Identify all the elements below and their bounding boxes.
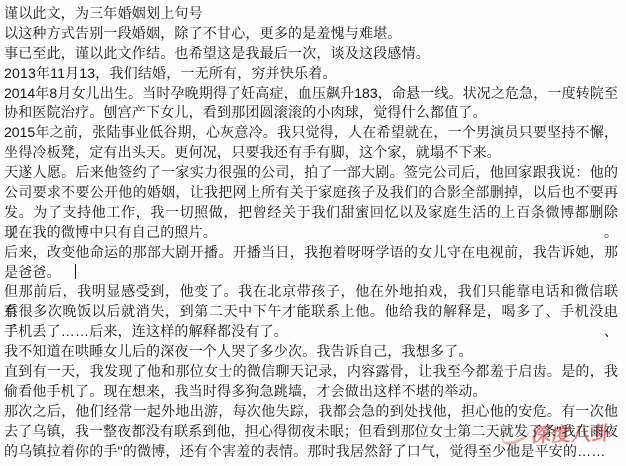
text-line: 坐得冷板凳，定有出头天。更何况，只要我还有手有脚，这个家，就塌不下来。: [4, 143, 618, 163]
text-line: 发。为了支持他工作，我一切照做，把曾经关于我们甜蜜回忆以及家庭生活的上百条微博都…: [4, 203, 618, 223]
text-line: 那次之后，他们经常一起外地出游，每次他失踪，我都会急的到处找他，担心他的安危。有…: [4, 402, 618, 422]
text-line: 的乌镇拉着你的手"的微博，还有个害羞的表情。那时我居然舒了口气，觉得至少他是平安…: [4, 442, 618, 462]
text-line: 以这种方式告别一段婚姻，除了不甘心，更多的是羞愧与难堪。: [4, 24, 618, 44]
text-line: 但那前后，我明显感受到，他变了。我在北京带孩子，他在外地拍戏，我们只能靠电话和微…: [4, 282, 618, 302]
text-line: 2015年之前，张陆事业低谷期，心灰意冷。我只觉得，人在希望就在，一个男演员只要…: [4, 123, 618, 143]
text-line: 后来，改变他命运的那部大剧开播。开播当日，我抱着呀呀学语的女儿守在电视前，我告诉…: [4, 243, 618, 263]
text-line: 2013年11月13，我们结婚，一无所有，穷并快乐着。: [4, 64, 618, 84]
text-line: 有很多次晚饭以后就消失，到第二天中下午才能联系上他。他给我的解释是，喝多了、手机…: [4, 302, 618, 322]
text-line: 事已至此，谨以此文作结。也希望这是我最后一次，谈及这段感情。: [4, 44, 618, 64]
text-line: 2014年8月女儿出生。当时孕晚期得了妊高症，血压飙升183，命悬一线。状况之危…: [4, 84, 618, 104]
text-line: 直到有一天，我发现了他和那位女士的微信聊天记录，内容露骨，让我至今都羞于启齿。是…: [4, 362, 618, 382]
document-text[interactable]: 谨以此文，为三年婚姻划上句号以这种方式告别一段婚姻，除了不甘心，更多的是羞愧与难…: [4, 4, 618, 461]
text-line: 公司要求不要公开他的婚姻，让我把网上所有关于家庭孩子及我们的合影全部删掉，以后也…: [4, 183, 618, 203]
text-line: 是爸爸。: [4, 263, 618, 283]
text-cursor[interactable]: [75, 264, 77, 279]
text-line: 谨以此文，为三年婚姻划上句号: [4, 4, 618, 24]
text-document-page: 谨以此文，为三年婚姻划上句号以这种方式告别一段婚姻，除了不甘心，更多的是羞愧与难…: [0, 0, 626, 466]
text-line: 天遂人愿。后来他签约了一家实力很强的公司，拍了一部大剧。签完公司后，他回家跟我说…: [4, 163, 618, 183]
text-line: 协和医院治疗。刨宫产下女儿，看到那团圆滚滚的小肉球，觉得什么都值了。: [4, 103, 618, 123]
text-line: 偷看他手机了。现在想来，我当时得多狗急跳墙，才会做出这样不堪的举动。: [4, 382, 618, 402]
text-line: 去了乌镇，我一整夜都没有联系到他，担心得彻夜未眠；但看到那位女士第二天就发了条"…: [4, 422, 618, 442]
text-line: 我不知道在哄睡女儿后的深夜一个人哭了多少次。我告诉自己，我想多了。: [4, 342, 618, 362]
